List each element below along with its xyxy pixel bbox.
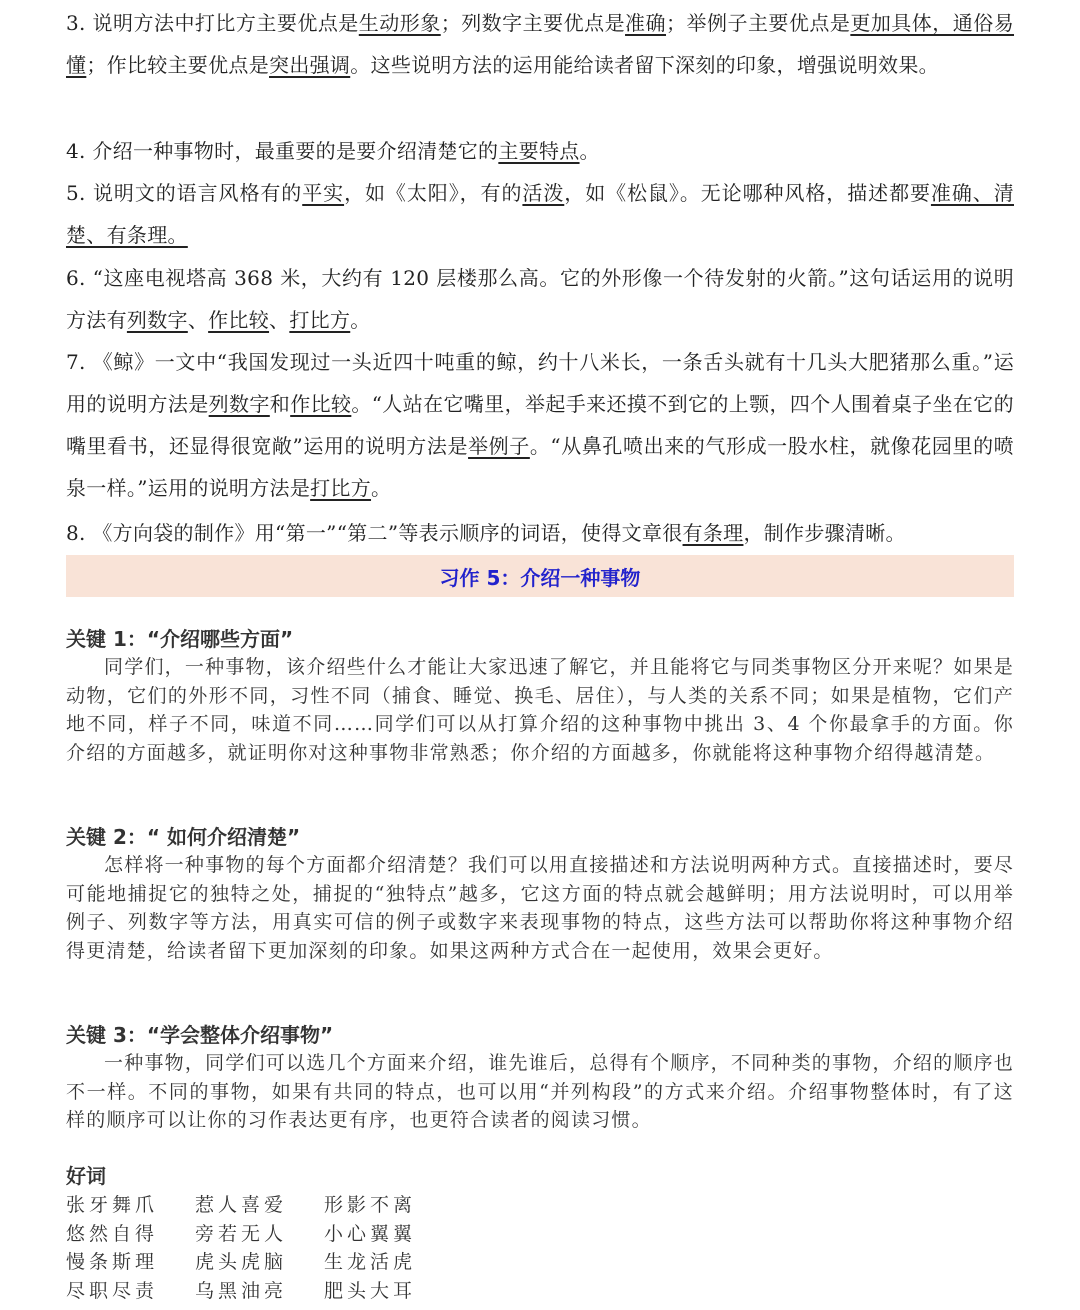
answer-underlined: 作比较 bbox=[208, 308, 269, 332]
answer-underlined: 打比方 bbox=[289, 308, 350, 332]
word: 小心翼翼 bbox=[324, 1219, 453, 1248]
answer-underlined: 打比方 bbox=[310, 476, 371, 500]
section-title: 习作 5：介绍一种事物 bbox=[440, 562, 641, 591]
text: 说明方法中打比方主要优点是 bbox=[93, 11, 359, 35]
item-number: 3. bbox=[66, 11, 93, 35]
key-1-title: 关键 1：“介绍哪些方面” bbox=[66, 625, 293, 653]
text: ；列数字主要优点是 bbox=[441, 11, 625, 35]
answer-underlined: 主要特点 bbox=[498, 139, 579, 163]
answer-item-7: 7. 《鲸》一文中“我国发现过一头近四十吨重的鲸，约十八米长，一条舌头就有十几头… bbox=[66, 341, 1014, 509]
words-row: 张牙舞爪 惹人喜爱 形影不离 bbox=[66, 1190, 453, 1219]
answer-underlined: 突出强调 bbox=[269, 53, 350, 77]
word: 悠然自得 bbox=[66, 1219, 195, 1248]
item-number: 8. bbox=[66, 521, 92, 545]
answer-item-3: 3. 说明方法中打比方主要优点是生动形象；列数字主要优点是准确；举例子主要优点是… bbox=[66, 2, 1014, 86]
answer-underlined: 作比较 bbox=[290, 392, 351, 416]
item-number: 4. bbox=[66, 139, 92, 163]
text: 《方向袋的制作》用“第一”“第二”等表示顺序的词语，使得文章很 bbox=[92, 521, 682, 545]
key-2-title: 关键 2：“ 如何介绍清楚” bbox=[66, 823, 300, 851]
word: 形影不离 bbox=[324, 1190, 453, 1219]
good-words-title: 好词 bbox=[66, 1162, 106, 1190]
answer-underlined: 列数字 bbox=[209, 392, 270, 416]
text: ，如《松鼠》。无论哪种风格，描述都要 bbox=[564, 181, 931, 205]
text: 介绍一种事物时，最重要的是要介绍清楚它的 bbox=[92, 139, 498, 163]
text: 。 bbox=[580, 139, 600, 163]
text: 。 bbox=[350, 308, 370, 332]
word: 张牙舞爪 bbox=[66, 1190, 195, 1219]
answer-underlined: 列数字 bbox=[127, 308, 188, 332]
key-3-body: 一种事物，同学们可以选几个方面来介绍，谁先谁后，总得有个顺序，不同种类的事物，介… bbox=[66, 1049, 1014, 1135]
answer-item-6: 6. “这座电视塔高 368 米，大约有 120 层楼那么高。它的外形像一个待发… bbox=[66, 257, 1014, 341]
word: 虎头虎脑 bbox=[195, 1247, 324, 1276]
word: 肥头大耳 bbox=[324, 1276, 453, 1305]
item-number: 6. bbox=[66, 266, 93, 290]
key-1-body: 同学们，一种事物，该介绍些什么才能让大家迅速了解它，并且能将它与同类事物区分开来… bbox=[66, 653, 1014, 767]
key-2-body: 怎样将一种事物的每个方面都介绍清楚？我们可以用直接描述和方法说明两种方式。直接描… bbox=[66, 851, 1014, 965]
text: ；举例子主要优点是 bbox=[666, 11, 850, 35]
text: ，制作步骤清晰。 bbox=[743, 521, 905, 545]
answer-underlined: 有条理 bbox=[683, 521, 744, 545]
answer-item-5: 5. 说明文的语言风格有的平实，如《太阳》，有的活泼，如《松鼠》。无论哪种风格，… bbox=[66, 172, 1014, 256]
text: 。这些说明方法的运用能给读者留下深刻的印象，增强说明效果。 bbox=[350, 53, 939, 77]
text: 。 bbox=[371, 476, 391, 500]
answer-underlined: 生动形象 bbox=[359, 11, 441, 35]
answer-item-8: 8. 《方向袋的制作》用“第一”“第二”等表示顺序的词语，使得文章很有条理，制作… bbox=[66, 512, 906, 554]
section-banner: 习作 5：介绍一种事物 bbox=[66, 555, 1014, 597]
text: 说明文的语言风格有的 bbox=[93, 181, 302, 205]
text: ；作比较主要优点是 bbox=[86, 53, 269, 77]
text: ，如《太阳》，有的 bbox=[344, 181, 522, 205]
word: 生龙活虎 bbox=[324, 1247, 453, 1276]
words-row: 悠然自得 旁若无人 小心翼翼 bbox=[66, 1219, 453, 1248]
item-number: 5. bbox=[66, 181, 93, 205]
answer-item-4: 4. 介绍一种事物时，最重要的是要介绍清楚它的主要特点。 bbox=[66, 130, 600, 172]
item-number: 7. bbox=[66, 350, 93, 374]
words-row: 慢条斯理 虎头虎脑 生龙活虎 bbox=[66, 1247, 453, 1276]
text: 、 bbox=[188, 308, 208, 332]
answer-underlined: 活泼 bbox=[522, 181, 564, 205]
good-words-list: 张牙舞爪 惹人喜爱 形影不离 悠然自得 旁若无人 小心翼翼 慢条斯理 虎头虎脑 … bbox=[66, 1190, 453, 1304]
word: 惹人喜爱 bbox=[195, 1190, 324, 1219]
text: 和 bbox=[270, 392, 290, 416]
word: 尽职尽责 bbox=[66, 1276, 195, 1305]
word: 乌黑油亮 bbox=[195, 1276, 324, 1305]
text: 、 bbox=[269, 308, 289, 332]
key-3-title: 关键 3：“学会整体介绍事物” bbox=[66, 1021, 333, 1049]
answer-underlined: 举例子 bbox=[468, 434, 530, 458]
answer-underlined: 平实 bbox=[302, 181, 344, 205]
word: 慢条斯理 bbox=[66, 1247, 195, 1276]
word: 旁若无人 bbox=[195, 1219, 324, 1248]
answer-underlined: 准确 bbox=[625, 11, 666, 35]
words-row: 尽职尽责 乌黑油亮 肥头大耳 bbox=[66, 1276, 453, 1305]
